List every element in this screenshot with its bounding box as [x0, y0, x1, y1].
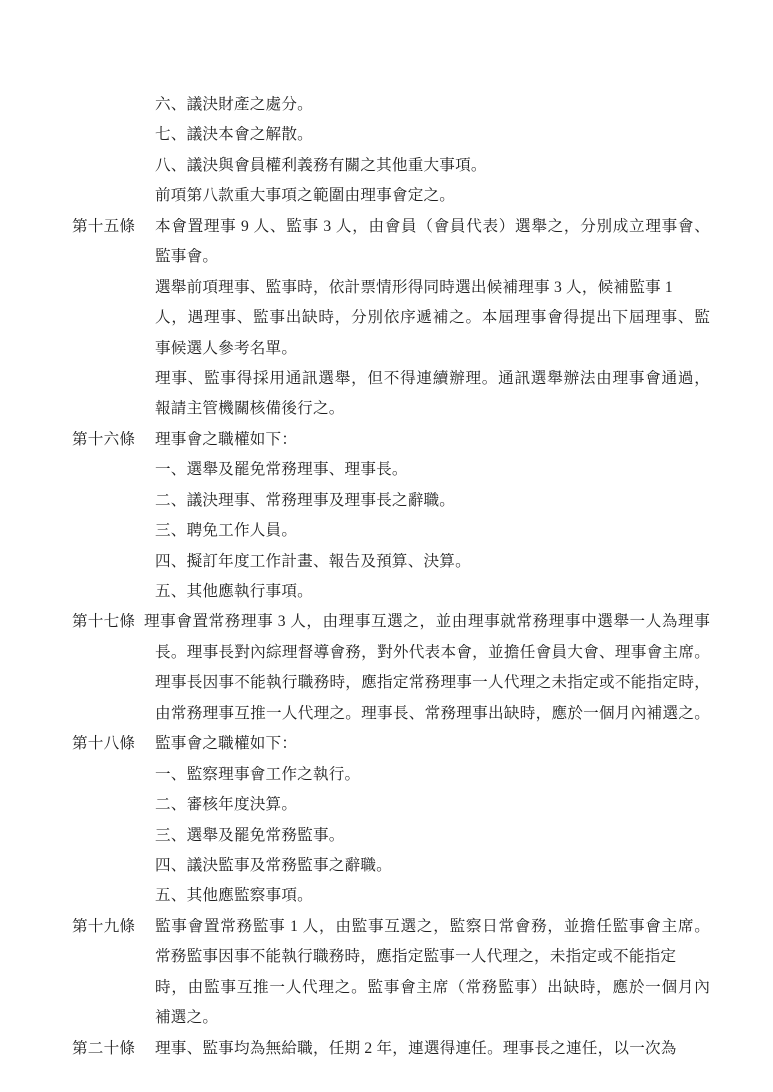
- line-text: 理事會置常務理事 3 人，由理事互選之，並由理事就常務理事中選舉一人為理事: [144, 607, 710, 637]
- text-line: 七、議決本會之解散。: [0, 120, 773, 150]
- text-line: 四、擬訂年度工作計畫、報告及預算、決算。: [0, 547, 773, 577]
- line-text: 由常務理事互推一人代理之。理事長、常務理事出缺時，應於一個月內補選之。: [155, 699, 710, 729]
- line-text: 六、議決財產之處分。: [155, 90, 710, 120]
- line-text: 一、監察理事會工作之執行。: [155, 760, 710, 790]
- text-line: 五、其他應監察事項。: [0, 881, 773, 911]
- line-text: 理事、監事得採用通訊選舉，但不得連續辦理。通訊選舉辦法由理事會通過，: [155, 364, 710, 394]
- text-line: 一、監察理事會工作之執行。: [0, 760, 773, 790]
- text-line: 理事長因事不能執行職務時，應指定常務理事一人代理之未指定或不能指定時，: [0, 668, 773, 698]
- article-line: 第十七條理事會置常務理事 3 人，由理事互選之，並由理事就常務理事中選舉一人為理…: [0, 607, 773, 637]
- line-text: 事候選人參考名單。: [155, 334, 710, 364]
- line-text: 二、審核年度決算。: [155, 790, 710, 820]
- text-line: 三、選舉及罷免常務監事。: [0, 821, 773, 851]
- text-line: 事候選人參考名單。: [0, 334, 773, 364]
- line-text: 補選之。: [155, 1003, 710, 1033]
- line-text: 本會置理事 9 人、監事 3 人，由會員（會員代表）選舉之，分別成立理事會、: [155, 212, 710, 242]
- text-line: 理事、監事得採用通訊選舉，但不得連續辦理。通訊選舉辦法由理事會通過，: [0, 364, 773, 394]
- text-line: 監事會。: [0, 242, 773, 272]
- article-line: 第十六條理事會之職權如下：: [0, 425, 773, 455]
- document-page: 六、議決財產之處分。七、議決本會之解散。八、議決與會員權利義務有關之其他重大事項…: [0, 0, 773, 1092]
- line-text: 五、其他應執行事項。: [155, 577, 710, 607]
- text-line: 由常務理事互推一人代理之。理事長、常務理事出缺時，應於一個月內補選之。: [0, 699, 773, 729]
- article-line: 第十五條本會置理事 9 人、監事 3 人，由會員（會員代表）選舉之，分別成立理事…: [0, 212, 773, 242]
- line-text: 理事會之職權如下：: [155, 425, 710, 455]
- line-text: 前項第八款重大事項之範圍由理事會定之。: [155, 181, 710, 211]
- text-line: 長。理事長對內綜理督導會務，對外代表本會，並擔任會員大會、理事會主席。: [0, 638, 773, 668]
- text-line: 時，由監事互推一人代理之。監事會主席（常務監事）出缺時，應於一個月內: [0, 973, 773, 1003]
- line-text: 常務監事因事不能執行職務時，應指定監事一人代理之，未指定或不能指定: [155, 942, 710, 972]
- line-text: 選舉前項理事、監事時，依計票情形得同時選出候補理事 3 人，候補監事 1: [155, 273, 710, 303]
- text-line: 四、議決監事及常務監事之辭職。: [0, 851, 773, 881]
- article-line: 第十九條監事會置常務監事 1 人，由監事互選之，監察日常會務，並擔任監事會主席。: [0, 912, 773, 942]
- text-line: 三、聘免工作人員。: [0, 516, 773, 546]
- line-text: 三、選舉及罷免常務監事。: [155, 821, 710, 851]
- text-line: 二、議決理事、常務理事及理事長之辭職。: [0, 486, 773, 516]
- line-text: 理事長因事不能執行職務時，應指定常務理事一人代理之未指定或不能指定時，: [155, 668, 710, 698]
- line-text: 四、擬訂年度工作計畫、報告及預算、決算。: [155, 547, 710, 577]
- line-text: 報請主管機關核備後行之。: [155, 394, 710, 424]
- article-number-label: 第十五條: [72, 212, 135, 242]
- article-number-label: 第十六條: [72, 425, 135, 455]
- article-number-label: 第十九條: [72, 912, 135, 942]
- line-text: 二、議決理事、常務理事及理事長之辭職。: [155, 486, 710, 516]
- text-line: 選舉前項理事、監事時，依計票情形得同時選出候補理事 3 人，候補監事 1: [0, 273, 773, 303]
- text-line: 常務監事因事不能執行職務時，應指定監事一人代理之，未指定或不能指定: [0, 942, 773, 972]
- article-number-label: 第二十條: [72, 1034, 135, 1064]
- text-line: 一、選舉及罷免常務理事、理事長。: [0, 455, 773, 485]
- text-line: 人，遇理事、監事出缺時，分別依序遞補之。本屆理事會得提出下屆理事、監: [0, 303, 773, 333]
- line-text: 監事會之職權如下：: [155, 729, 710, 759]
- line-text: 理事、監事均為無給職，任期 2 年，連選得連任。理事長之連任，以一次為: [155, 1034, 710, 1064]
- line-text: 長。理事長對內綜理督導會務，對外代表本會，並擔任會員大會、理事會主席。: [155, 638, 710, 668]
- text-line: 八、議決與會員權利義務有關之其他重大事項。: [0, 151, 773, 181]
- text-line: 二、審核年度決算。: [0, 790, 773, 820]
- text-line: 補選之。: [0, 1003, 773, 1033]
- text-line: 六、議決財產之處分。: [0, 90, 773, 120]
- line-text: 監事會置常務監事 1 人，由監事互選之，監察日常會務，並擔任監事會主席。: [155, 912, 710, 942]
- text-line: 五、其他應執行事項。: [0, 577, 773, 607]
- article-number-label: 第十八條: [72, 729, 135, 759]
- article-line: 第十八條監事會之職權如下：: [0, 729, 773, 759]
- line-text: 三、聘免工作人員。: [155, 516, 710, 546]
- text-line: 報請主管機關核備後行之。: [0, 394, 773, 424]
- article-number-label: 第十七條: [72, 607, 135, 637]
- article-line: 第二十條理事、監事均為無給職，任期 2 年，連選得連任。理事長之連任，以一次為: [0, 1034, 773, 1064]
- line-text: 監事會。: [155, 242, 710, 272]
- line-text: 七、議決本會之解散。: [155, 120, 710, 150]
- line-text: 五、其他應監察事項。: [155, 881, 710, 911]
- line-text: 八、議決與會員權利義務有關之其他重大事項。: [155, 151, 710, 181]
- text-line: 前項第八款重大事項之範圍由理事會定之。: [0, 181, 773, 211]
- line-text: 一、選舉及罷免常務理事、理事長。: [155, 455, 710, 485]
- line-text: 時，由監事互推一人代理之。監事會主席（常務監事）出缺時，應於一個月內: [155, 973, 710, 1003]
- line-text: 人，遇理事、監事出缺時，分別依序遞補之。本屆理事會得提出下屆理事、監: [155, 303, 710, 333]
- line-text: 四、議決監事及常務監事之辭職。: [155, 851, 710, 881]
